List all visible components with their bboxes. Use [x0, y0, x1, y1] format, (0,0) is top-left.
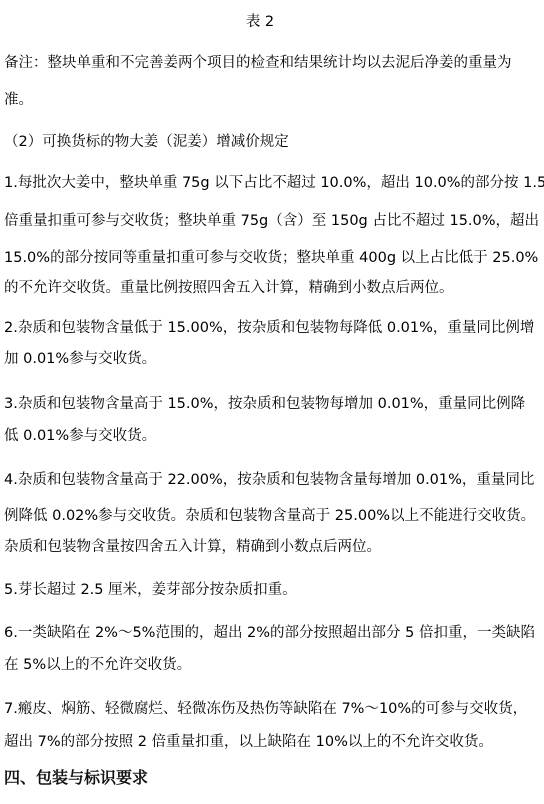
rule-line: 1.每批次大姜中，整块单重 75g 以下占比不超过 10.0%，超出 10.0%…	[4, 174, 544, 192]
rule-line: 例降低 0.02%参与交收货。杂质和包装物含量高于 25.00%以上不能进行交收…	[4, 507, 535, 525]
rule-line: 杂质和包装物含量按四舍五入计算，精确到小数点后两位。	[4, 538, 381, 556]
rule-line: 15.0%的部分按同等重量扣重可参与交收货；整块单重 400g 以上占比低于 2…	[4, 249, 538, 267]
section-heading: 四、包装与标识要求	[4, 768, 148, 788]
rule-line: 低 0.01%参与交收货。	[4, 427, 156, 445]
rule-line: 7.瘢皮、焖筋、轻微腐烂、轻微冻伤及热伤等缺陷在 7%～10%的可参与交收货，	[4, 700, 527, 718]
rule-line: 加 0.01%参与交收货。	[4, 350, 156, 368]
section-title: （2）可换货标的物大姜（泥姜）增减价规定	[4, 133, 289, 151]
rule-line: 5.芽长超过 2.5 厘米，姜芽部分按杂质扣重。	[4, 581, 297, 599]
rule-line: 3.杂质和包装物含量高于 15.0%，按杂质和包装物每增加 0.01%，重量同比…	[4, 395, 525, 413]
rule-line: 4.杂质和包装物含量高于 22.00%，按杂质和包装物含量每增加 0.01%，重…	[4, 471, 534, 489]
rule-line: 超出 7%的部分按照 2 倍重量扣重，以上缺陷在 10%以上的不允许交收货。	[4, 733, 493, 751]
rule-line: 在 5%以上的不允许交收货。	[4, 656, 191, 674]
note-line: 备注：整块单重和不完善姜两个项目的检查和结果统计均以去泥后净姜的重量为	[4, 54, 512, 72]
rule-line: 2.杂质和包装物含量低于 15.00%，按杂质和包装物每降低 0.01%，重量同…	[4, 319, 534, 337]
table-caption: 表 2	[0, 13, 520, 31]
note-line: 准。	[4, 91, 33, 109]
rule-line: 的不允许交收货。重量比例按照四舍五入计算，精确到小数点后两位。	[4, 279, 454, 297]
document-page: 表 2 备注：整块单重和不完善姜两个项目的检查和结果统计均以去泥后净姜的重量为 …	[0, 0, 544, 804]
rule-line: 倍重量扣重可参与交收货；整块单重 75g（含）至 150g 占比不超过 15.0…	[4, 212, 539, 230]
rule-line: 6.一类缺陷在 2%～5%范围的，超出 2%的部分按照超出部分 5 倍扣重，一类…	[4, 624, 535, 642]
